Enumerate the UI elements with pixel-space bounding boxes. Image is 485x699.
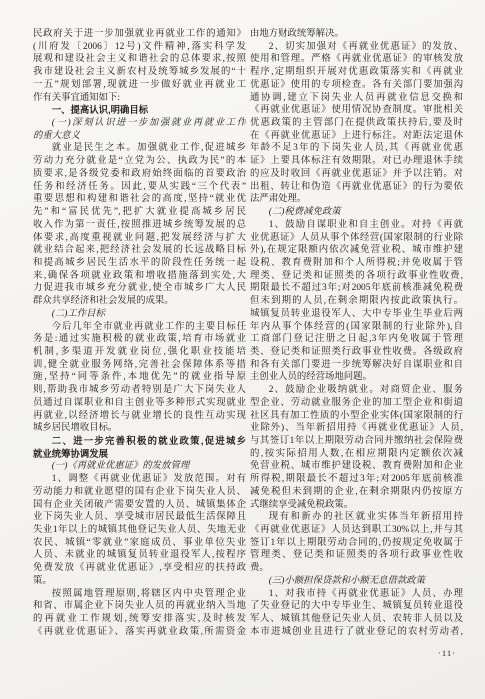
text-line: 免营业税、城市维护建设税、教育费附加和企业 xyxy=(250,460,463,473)
right-text-column: 由地方财政统筹解决。2、切实加强对《再就业优惠证》的发放、使用和管理。严格《再就… xyxy=(250,28,463,639)
text-line: 和提高城乡居民生活水平的阶段性任务统一起 xyxy=(33,257,246,270)
text-line: 社区具有加工性质的小型企业实体(国家限制的行 xyxy=(250,410,463,423)
text-line: 2、鼓励企业吸纳就业。对商贸企业、服务 xyxy=(250,384,463,397)
text-line: 收入作为第一责任,按照推进城乡统筹发展的总 xyxy=(33,219,246,232)
text-line: 和各有关部门要进一步统筹解决好自谋职业和自 xyxy=(250,359,463,372)
section-heading: 就业统筹协调发展 xyxy=(33,448,246,461)
sub-heading: 的重大意义 xyxy=(33,130,246,143)
text-line: 施,坚持“同等条件,本地优先”的就业指导原 xyxy=(33,371,246,384)
text-line: 体要求,高度重视就业问题,把发展经济与扩大 xyxy=(33,232,246,245)
text-line: 2、切实加强对《再就业优惠证》的发放、 xyxy=(250,41,463,54)
text-line: 费。 xyxy=(250,562,463,575)
text-line: 业除外)、当年新招用持《再就业优惠证》人员, xyxy=(250,422,463,435)
text-line: 外),在规定限额内依次减免营业税、城市维护建 xyxy=(250,244,463,257)
text-line: 优惠政策的主管部门在提供政策扶持后,要及时 xyxy=(250,117,463,130)
text-line: 《再就业优惠证》使用情况协查制度。审批相关 xyxy=(250,104,463,117)
text-line: 由地方财政统筹解决。 xyxy=(250,28,463,41)
sub-heading: (三)小额担保贷款和小额无息借款政策 xyxy=(250,575,463,588)
text-line: 机制,多渠道开发就业岗位,强化职业技能培 xyxy=(33,346,246,359)
text-line: 劳动能力和就业愿望的国有企业下岗失业人员、 xyxy=(33,486,246,499)
text-line: 就业结合起来,把经济社会发展的长远战略目标 xyxy=(33,244,246,257)
text-line: 军人、城镇其他登记失业人员、农转非人员以及 xyxy=(250,613,463,626)
text-line: (川府发〔2006〕12号)文件精神,落实科学发 xyxy=(33,41,246,54)
text-line: 主创业人员的经营场地问题。 xyxy=(250,371,463,384)
text-line: 业优惠证》人员从事个体经营(国家限制的行业除 xyxy=(250,232,463,245)
text-line: 训,健全就业服务网络,完善社会保障体系等措 xyxy=(33,359,246,372)
text-line: 群众共享经济和社会发展的成果。 xyxy=(33,295,246,308)
text-line: 质要求,是各级党委和政府始终面临的首要政治 xyxy=(33,168,246,181)
text-line: 员通过自谋职业和自主创业等多种形式实现就业 xyxy=(33,397,246,410)
text-line: 使用和管理。严格《再就业优惠证》的审核发放 xyxy=(250,53,463,66)
text-line: 式继续享受减免税政策。 xyxy=(250,499,463,512)
sub-heading: (一)《再就业优惠证》的发放管理 xyxy=(33,460,246,473)
text-line: 国有企业关闭破产需要安置的人员、城镇集体企 xyxy=(33,499,246,512)
text-line: 来,确保各项就业政策和增收措施落到实处,大 xyxy=(33,270,246,283)
text-line: 展观和建设社会主义和谐社会的总体要求,按照 xyxy=(33,53,246,66)
text-line: 现有和新办的社区就业实体当年新招用持 xyxy=(250,511,463,524)
sub-heading: (一)深刻认识进一步加强就业再就业工作 xyxy=(33,117,246,130)
text-line: 按照属地管理原则,将辖区内中央管理企业 xyxy=(33,588,246,601)
text-line: 1、对我市持《再就业优惠证》人员、办理 xyxy=(250,588,463,601)
text-line: 《再就业优惠证》人员达到职工30%以上,并与其 xyxy=(250,524,463,537)
text-line: 的应及时收回《再就业优惠证》并予以注销。对 xyxy=(250,168,463,181)
text-line: 《再就业优惠证》、落实再就业政策,所需资金 xyxy=(33,626,246,639)
text-line: 年内从事个体经营的(国家限制的行业除外),自 xyxy=(250,321,463,334)
text-line: 理类、登记类和证照类的各项行政事业性收费, xyxy=(250,270,463,283)
document-page: 民政府关于进一步加强就业再就业工作的通知》(川府发〔2006〕12号)文件精神,… xyxy=(0,0,485,699)
text-line: 就业是民生之本。加强就业工作,促进城乡 xyxy=(33,142,246,155)
text-line: 作有关事宜通知如下: xyxy=(33,92,246,105)
text-line: 一五”规划部署,现就进一步做好就业再就业工 xyxy=(33,79,246,92)
text-line: 民政府关于进一步加强就业再就业工作的通知》 xyxy=(33,28,246,41)
text-line: 我市建设社会主义新农村及统筹城乡发展的“十 xyxy=(33,66,246,79)
text-line: 任务和经济任务。因此,要从实践“三个代表” xyxy=(33,181,246,194)
text-line: 的,按实际招用人数,在相应期限内定额依次减 xyxy=(250,448,463,461)
sub-heading: (二)税费减免政策 xyxy=(250,206,463,219)
text-line: 证》上要具体标注有效期限。对已办理退休手续 xyxy=(250,155,463,168)
text-line: 了失业登记的大中专毕业生、城镇复员转业退役 xyxy=(250,600,463,613)
text-line: 优惠证》使用的专项检查。各有关部门要加强沟 xyxy=(250,79,463,92)
text-line: 重要思想和构建和谐社会的高度,坚持“就业优 xyxy=(33,193,246,206)
text-line: 免费发放《再就业优惠证》,享受相应的扶持政 xyxy=(33,562,246,575)
text-line: 则,帮助我市城乡劳动者特别是广大下岗失业人 xyxy=(33,384,246,397)
section-heading: 二、进一步完善积极的就业政策,促进城乡 xyxy=(33,435,246,448)
text-line: 年龄不足3年的下岗失业人员,其《再就业优惠 xyxy=(250,142,463,155)
text-line: 业下岗失业人员、享受城市居民最低生活保障且 xyxy=(33,511,246,524)
text-line: 失业1年以上的城镇其他登记失业人员、失地无业 xyxy=(33,524,246,537)
text-line: 1、调整《再就业优惠证》发放范围。对有 xyxy=(33,473,246,486)
text-line: 签订1年以上期限劳动合同的,仍按规定免收属于 xyxy=(250,537,463,550)
text-line: 所得税,期限最长不超过3年;对2005年底前核准 xyxy=(250,473,463,486)
text-line: 型企业、劳动就业服务企业的加工型企业和街道 xyxy=(250,397,463,410)
text-line: 程序,定期组织开展对优惠政策落实和《再就业 xyxy=(250,66,463,79)
text-line: 但未到期的人员,在剩余期限内按此政策执行。 xyxy=(250,295,463,308)
text-line: 务是:通过实施积极的就业政策,培育市场就业 xyxy=(33,333,246,346)
text-line: 人员、未就业的城镇复员转业退役军人,按程序 xyxy=(33,549,246,562)
text-line: 通协调,建立下岗失业人员再就业信息交换和 xyxy=(250,92,463,105)
text-line: 管理类、登记类和证照类的各项行政事业性收 xyxy=(250,549,463,562)
text-line: 策。 xyxy=(33,575,246,588)
text-line: 减免税但未到期的企业,在剩余期限内仍按原方 xyxy=(250,486,463,499)
text-line: 和省、市属企业下岗失业人员的再就业纳入当地 xyxy=(33,600,246,613)
text-line: 在《再就业优惠证》上进行标注。对距法定退休 xyxy=(250,130,463,143)
text-line: 工商部门登记注册之日起,3年内免收属于管理 xyxy=(250,333,463,346)
text-line: 设税、教育费附加和个人所得税;并免收属于管 xyxy=(250,257,463,270)
text-line: 城乡居民增收目标。 xyxy=(33,422,246,435)
text-line: 农民、城镇“零就业”家庭成员、事业单位失业 xyxy=(33,537,246,550)
text-line: 1、鼓励自谋职业和自主创业。对持《再就 xyxy=(250,219,463,232)
text-line: 期限最长不超过3年;对2005年底前核准减免税费 xyxy=(250,282,463,295)
left-text-column: 民政府关于进一步加强就业再就业工作的通知》(川府发〔2006〕12号)文件精神,… xyxy=(33,28,246,639)
text-line: 再就业,以经济增长与就业增长的良性互动实现 xyxy=(33,410,246,423)
text-line: 城镇复员转业退役军人、大中专毕业生毕业后两 xyxy=(250,308,463,321)
text-line: 出租、转让和伪造《再就业优惠证》的行为要依 xyxy=(250,181,463,194)
sub-heading: (二)工作目标 xyxy=(33,308,246,321)
page-number: ·11· xyxy=(438,648,456,658)
text-line: 类、登记类和证照类行政事业性收费。各级政府 xyxy=(250,346,463,359)
text-line: 法严肃处理。 xyxy=(250,193,463,206)
text-line: 与其签订1年以上期限劳动合同并缴纳社会保险费 xyxy=(250,435,463,448)
text-line: 力促进我市城乡充分就业,使全市城乡广大人民 xyxy=(33,282,246,295)
text-line: 今后几年全市就业再就业工作的主要目标任 xyxy=(33,321,246,334)
text-line: 先”和“富民优先”,把扩大就业提高城乡居民 xyxy=(33,206,246,219)
text-line: 本市进城创业且进行了就业登记的农村劳动者, xyxy=(250,626,463,639)
text-line: 劳动力充分就业是“立党为公、执政为民”的本 xyxy=(33,155,246,168)
text-line: 的再就业工作规划,统筹安排落实,及时核发 xyxy=(33,613,246,626)
section-heading: 一、提高认识,明确目标 xyxy=(33,104,246,117)
